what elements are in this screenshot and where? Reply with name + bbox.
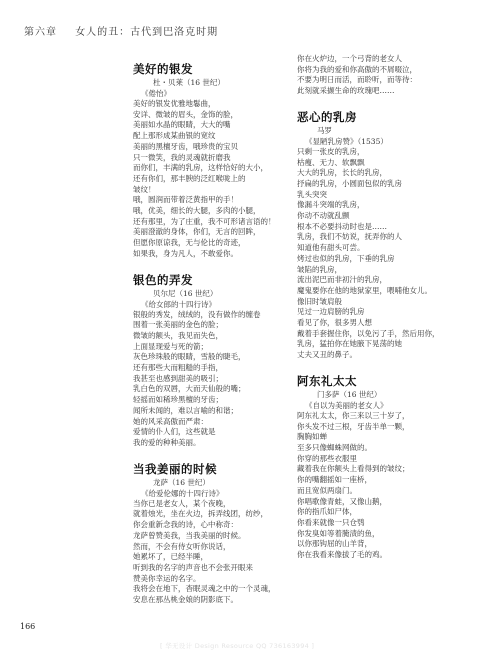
poem-line: 美丽如水晶的眼睛，大大的嘴 — [133, 120, 293, 131]
poem-line: 听到我的名字的声音也不会张开眼来 — [133, 563, 293, 574]
poem-line: 配上那形成某曲银的宽纹 — [133, 131, 293, 142]
poem-line: 还有你们，那丰腴的泛红喉咙上的 — [133, 174, 293, 185]
poem-line: 你唱歌像青蛙，又像山鹅， — [297, 497, 462, 508]
poem-line: 而且宽似两扇门。 — [297, 486, 462, 497]
poem-line: 你在火炉边，一个弓背的老女人 — [297, 54, 462, 65]
spacer — [133, 449, 293, 462]
poem-line: 皱陷的乳房， — [297, 265, 462, 276]
poem-when-i-was-beautiful: 当我姜丽的时候 龙萨（16 世纪） 《给爱伦娜的十四行诗》 当你已是老女人，某个… — [133, 462, 293, 606]
poem-line: 藏着我在你额头上看得到的皱纹； — [297, 464, 462, 475]
poem-line: 大大的乳房，长长的乳房， — [297, 168, 462, 179]
poem-line: 还有那些大而粗糙的手指， — [133, 363, 293, 374]
poem-line: 你看来就像一只仓鸮 — [297, 518, 462, 529]
poem-line: 哦，优美，细长的大腿，多肉的小腿， — [133, 206, 293, 217]
poem-line: 戴着手套握住你，以免污了手，然后用你， — [297, 329, 462, 340]
poem-silver-hair: 美好的银发 杜・贝莱（16 世纪） 《倦怡》 美好的银发优雅地鬈曲， 安详、微皱… — [133, 62, 293, 260]
poem-line: 我将会在地下，杳眠灵魂之中的一个灵魂， — [133, 584, 293, 595]
poem-line: 但愿你原谅我，无与伦比的奇迹， — [133, 238, 293, 249]
poem-title: 恶心的乳房 — [297, 110, 462, 124]
poem-line: 流出泥巴而非初汁的乳房， — [297, 275, 462, 286]
page-number: 166 — [20, 622, 35, 631]
poem-line: 龙萨曾赞美我，当我美丽的时候。 — [133, 531, 293, 542]
poem-line: 你将为我的爱和你高傲的不屑啜泣， — [297, 65, 462, 76]
poem-line: 灰色珍珠般的眼睛，雪般的睫毛， — [133, 352, 293, 363]
poem-line: 见过一边肩膀的乳房 — [297, 307, 462, 318]
poem-line: 烤过也似的乳房，下垂的乳房 — [297, 254, 462, 265]
poem-madame-adonza: 阿东礼太太 门多萨（16 世纪） 《自以为美丽的老女人》 阿东礼太太，你三来以三… — [297, 374, 462, 561]
poem-line: 美丽澄澈的身体，你们，无言的回眸， — [133, 227, 293, 238]
poem-line: 胸胸如蝉 — [297, 432, 462, 443]
poem-author: 贝尔尼（16 世纪） — [133, 288, 293, 299]
poem-line: 像漏斗突端的乳房， — [297, 200, 462, 211]
poem-line: 上面显现爱与死的箭； — [133, 342, 293, 353]
right-column: 你在火炉边，一个弓背的老女人 你将为我的爱和你高傲的不屑啜泣， 不要为明日而活，… — [297, 54, 462, 561]
poem-line: 美丽的黑檀牙齿，哦珍贵的宝贝 — [133, 142, 293, 153]
poem-line: 赞美你幸运的名字。 — [133, 574, 293, 585]
poem-line: 抒扁的乳房，小圆面包似的乳房 — [297, 179, 462, 190]
poem-author: 门多萨（16 世纪） — [297, 389, 462, 400]
running-head: 第六章 女人的丑：古代到巴洛克时期 — [24, 23, 218, 38]
left-column: 美好的银发 杜・贝莱（16 世纪） 《倦怡》 美好的银发优雅地鬈曲， 安详、微皱… — [133, 62, 293, 606]
poem-line: 微皱的额头，我见而失色， — [133, 331, 293, 342]
poem-line: 闻所未闻的，难以言喻的和谐； — [133, 406, 293, 417]
poem-title: 阿东礼太太 — [297, 374, 462, 388]
poem-silver-curls: 银色的弄发 贝尔尼（16 世纪） 《给女郎的十四行诗》 银般的秀发，绒绒的，没有… — [133, 273, 293, 449]
poem-line: 你在我看来像拔了毛的鸡。 — [297, 550, 462, 561]
spacer — [297, 361, 462, 374]
poem-line: 枯瘦、无力、软飘飘 — [297, 158, 462, 169]
poem-line: 看见了你，很多男人想 — [297, 318, 462, 329]
poem-line: 你的指爪如尸体， — [297, 507, 462, 518]
poem-line: 只一微笑，我的灵魂就折磨我 — [133, 153, 293, 164]
poem-line: 以你那钩屈的山羊背， — [297, 539, 462, 550]
poem-line: 轻摇而如稀珍黑檀的牙齿； — [133, 395, 293, 406]
poem-line: 你的嘴翻摇如一座桥， — [297, 475, 462, 486]
poem-line: 乳头突突 — [297, 190, 462, 201]
poem-source: 《自以为美丽的老女人》 — [297, 400, 462, 411]
poem-line: 她的风采高傲而严肃： — [133, 417, 293, 428]
poem-line: 只剩一张皮的乳房， — [297, 147, 462, 158]
poem-author: 马罗 — [297, 125, 462, 136]
poem-line: 皱纹！ — [133, 185, 293, 196]
spacer — [297, 97, 462, 110]
poem-line: 至多只像蜘蛛网做的。 — [297, 443, 462, 454]
poem-line: 银般的秀发，绒绒的，没有做作的缠卷 — [133, 310, 293, 321]
poem-title: 银色的弄发 — [133, 273, 293, 287]
poem-line: 你发臭如等着腌渍的鱼， — [297, 529, 462, 540]
poem-line: 当你已是老女人，某个夜晚， — [133, 499, 293, 510]
poem-line: 还有那里，为了庄重，我不可形诸言语的！ — [133, 217, 293, 228]
poem-line: 像旧时皱肩般 — [297, 297, 462, 308]
poem-author: 龙萨（16 世纪） — [133, 477, 293, 488]
poem-line: 安详、微皱的眉头，金饰的脸， — [133, 110, 293, 121]
poem-line: 你头发不过三根，牙齿半单一颗， — [297, 422, 462, 433]
poem-line: 乳白色的双唇，大而天仙般的嘴； — [133, 384, 293, 395]
watermark: [ 华无设计 Design Resource QQ 736163994 ] — [160, 641, 314, 650]
poem-source: 《倦怡》 — [133, 88, 293, 99]
poem-disgusting-breasts: 恶心的乳房 马罗 《显陋乳房赞》（1535） 只剩一张皮的乳房， 枯瘦、无力、软… — [297, 110, 462, 361]
poem-line: 而你们，丰满的乳房，这样恰好的大小， — [133, 163, 293, 174]
poem-line: 然而，不会有侍女听你说话， — [133, 542, 293, 553]
poem-line: 知道他有甜头可尝。 — [297, 243, 462, 254]
spacer — [133, 260, 293, 273]
poem-line: 魔鬼要你在他的地狱家里，喂哺他女儿。 — [297, 286, 462, 297]
poem-source: 《给女郎的十四行诗》 — [133, 299, 293, 310]
poem-line: 爱情的仆人们，这些就是 — [133, 427, 293, 438]
poem-line: 你穿的那些衣服里 — [297, 454, 462, 465]
poem-title: 当我姜丽的时候 — [133, 462, 293, 476]
poem-source: 《显陋乳房赞》（1535） — [297, 136, 462, 147]
poem-source: 《给爱伦娜的十四行诗》 — [133, 488, 293, 499]
poem-line: 不要为明日而活，而聆听，而等待： — [297, 75, 462, 86]
poem-line: 乳房，我们不妨说，抚弄你的人 — [297, 232, 462, 243]
poem-line: 哦，圆润而带着泛黄指甲的手！ — [133, 195, 293, 206]
poem-line: 围着一张美丽的金色的脸； — [133, 320, 293, 331]
poem-line: 安息在那丛桃金娘的阴影底下。 — [133, 595, 293, 606]
poem-line: 乳房，猛拍你在她腋下晃荡的她 — [297, 339, 462, 350]
poem-line: 如果我，身为凡人，不敢爱你。 — [133, 249, 293, 260]
poem-line: 就着烛光，坐在火边，拆弄线团，纺纱， — [133, 509, 293, 520]
poem-line: 此刻就采撷生命的玫瑰吧…… — [297, 86, 462, 97]
poem-continued: 你在火炉边，一个弓背的老女人 你将为我的爱和你高傲的不屑啜泣， 不要为明日而活，… — [297, 54, 462, 97]
chapter-number: 第六章 — [24, 27, 57, 38]
poem-line: 我甚至也感到甜美的吸引； — [133, 374, 293, 385]
poem-line: 你动不动就乱颤 — [297, 211, 462, 222]
poem-line: 她累坏了，已经半睡， — [133, 552, 293, 563]
poem-line: 我的爱的种种美丽。 — [133, 438, 293, 449]
poem-line: 丈夫又丑的鼻子。 — [297, 350, 462, 361]
poem-line: 阿东礼太太，你三来以三十岁了， — [297, 411, 462, 422]
poem-author: 杜・贝莱（16 世纪） — [133, 77, 293, 88]
poem-line: 你会重新念我的诗，心中称奇： — [133, 520, 293, 531]
chapter-title: 女人的丑：古代到巴洛克时期 — [75, 27, 218, 38]
poem-title: 美好的银发 — [133, 62, 293, 76]
poem-line: 美好的银发优雅地鬈曲， — [133, 99, 293, 110]
poem-line: 根本不必要抖动时也是…… — [297, 222, 462, 233]
